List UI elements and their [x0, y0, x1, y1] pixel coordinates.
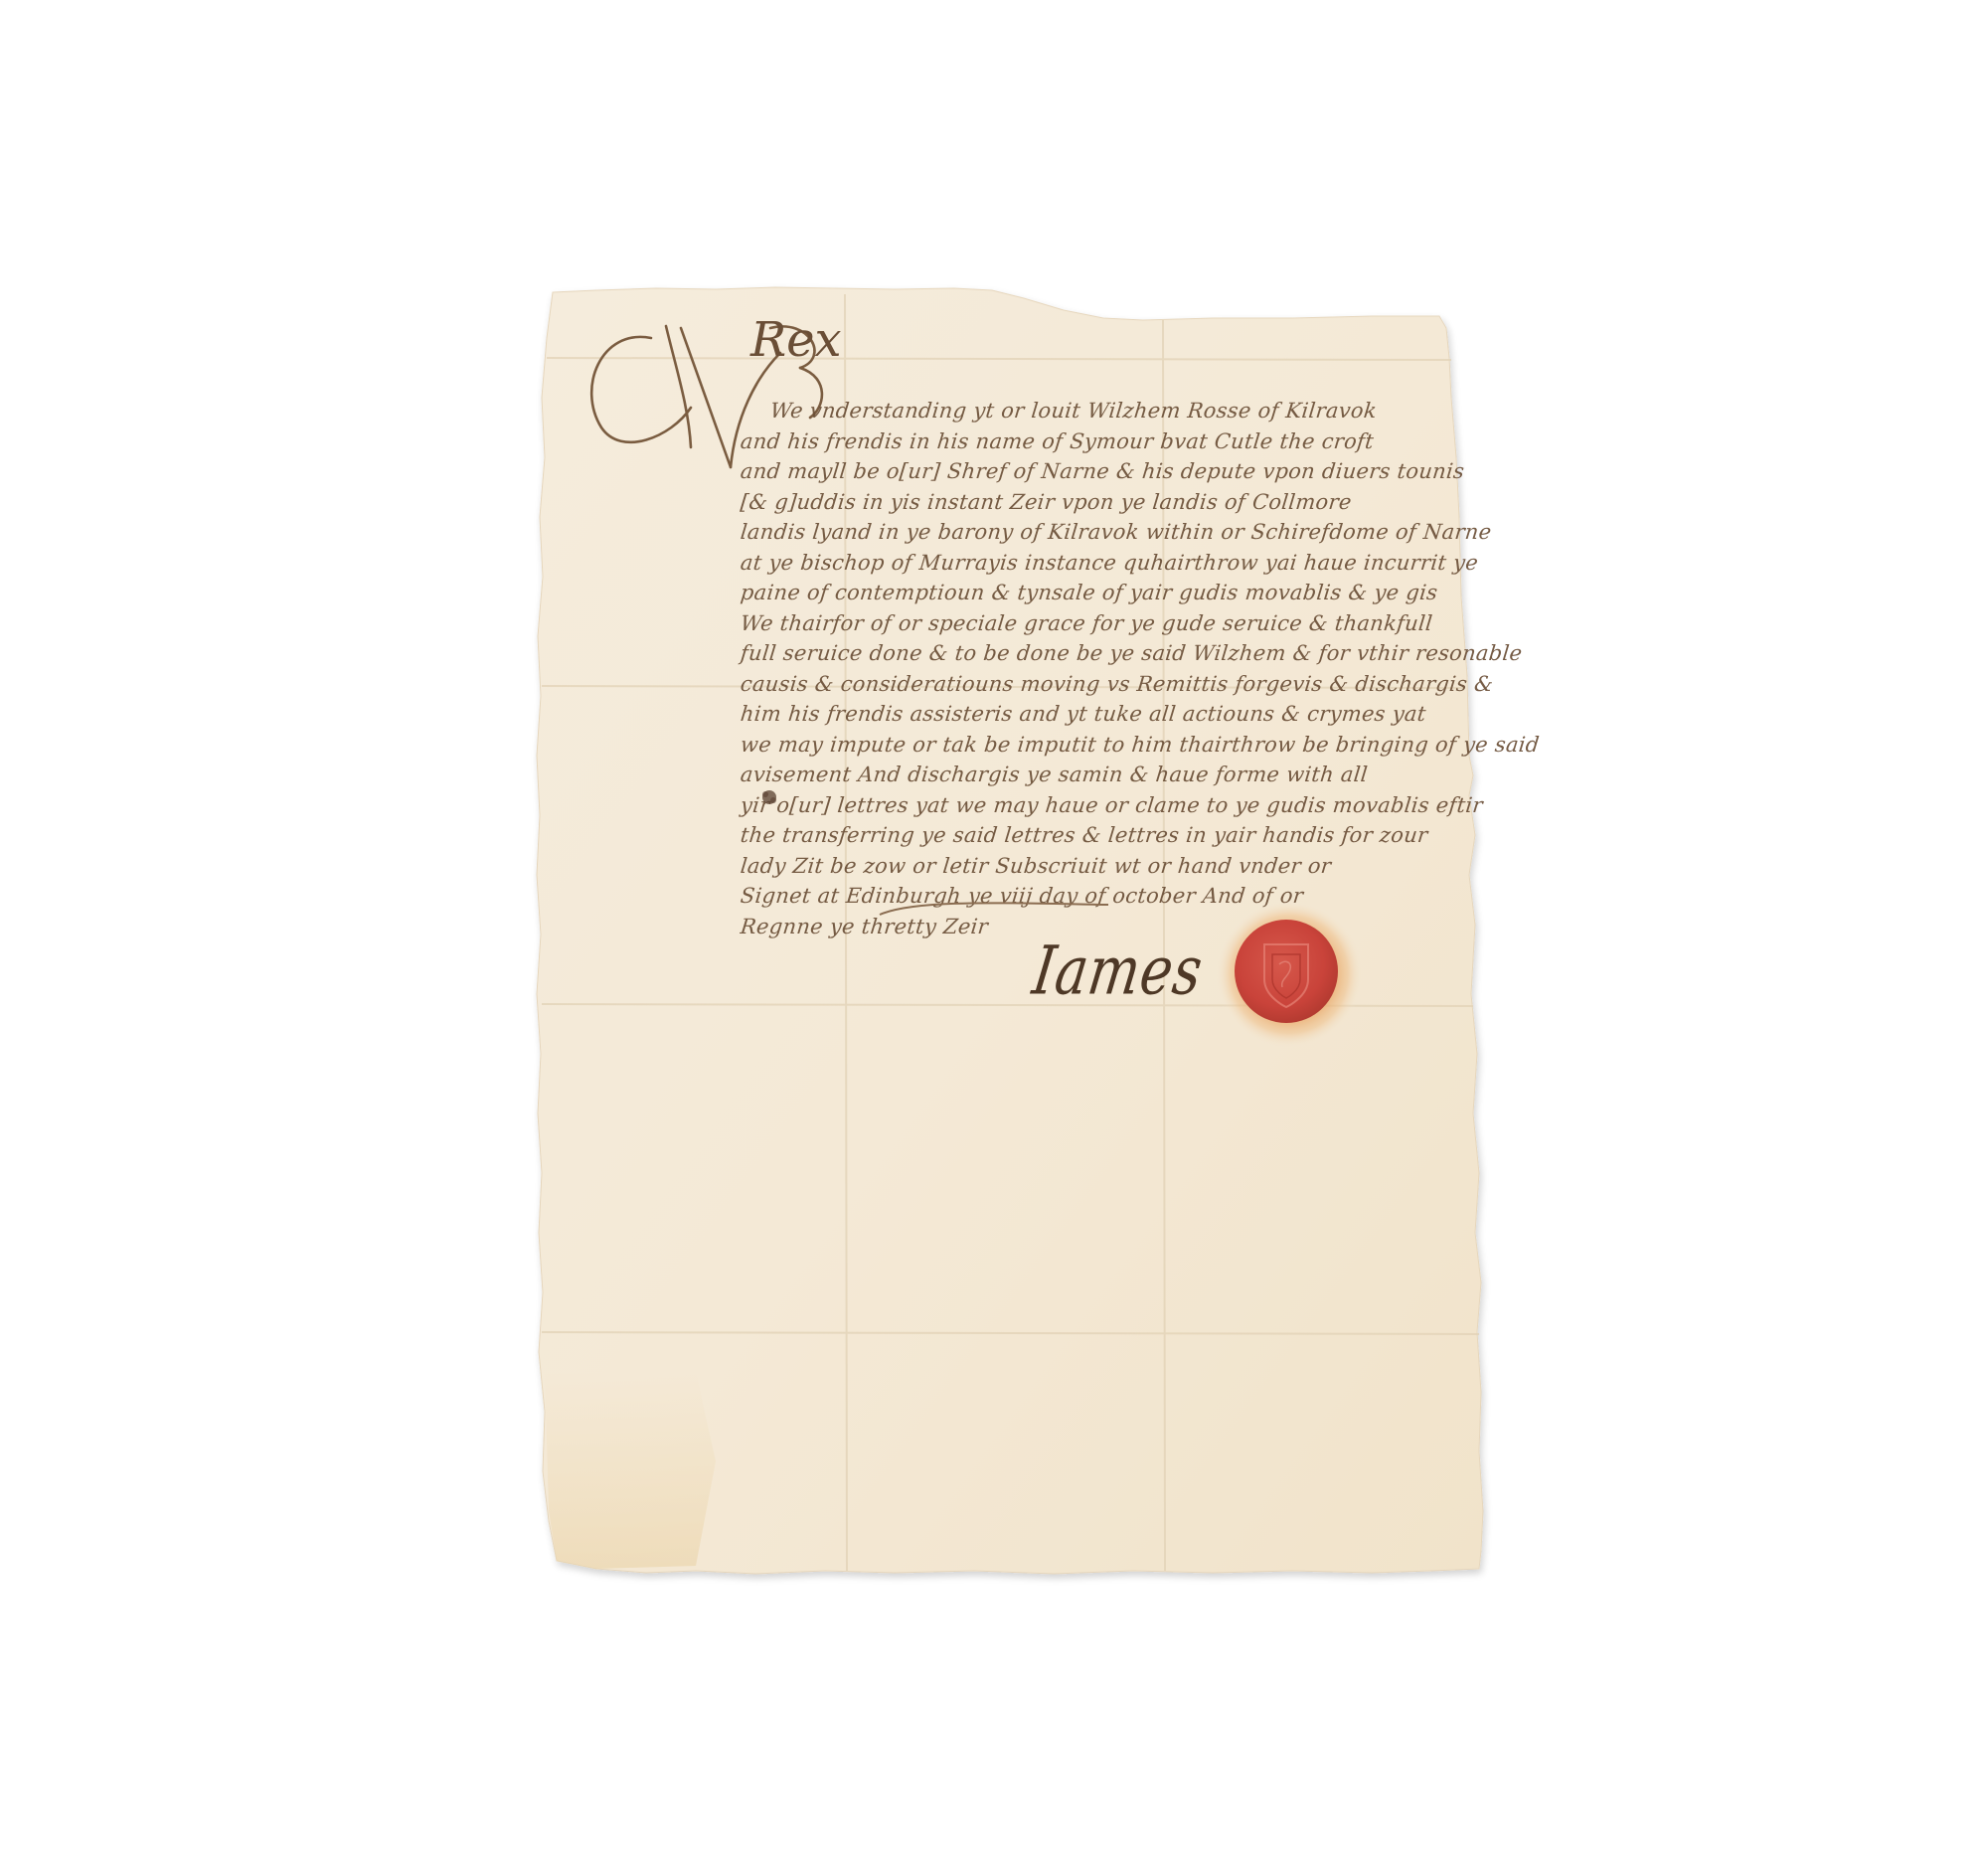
letter-line: We vnderstanding yt or louit Wilzhem Ros…: [768, 396, 1477, 426]
letter-line: [& g]uddis in yis instant Zeir vpon ye l…: [739, 487, 1477, 518]
line-end-flourish-icon: [875, 895, 1113, 925]
ink-blot-icon: [757, 785, 781, 809]
letter-line: yir o[ur] lettres yat we may haue or cla…: [739, 790, 1477, 821]
letter-line: paine of contemptioun & tynsale of yair …: [739, 578, 1477, 608]
letter-body: We vnderstanding yt or louit Wilzhem Ros…: [741, 396, 1476, 941]
letter-line: we may impute or tak be imputit to him t…: [739, 730, 1477, 761]
photo-stage: Rex We vnderstanding yt or louit Wilzhem…: [0, 0, 1988, 1869]
letter-line: full seruice done & to be done be ye sai…: [739, 638, 1477, 669]
letter-line: causis & consideratiouns moving vs Remit…: [739, 669, 1477, 700]
wax-seal-icon: [1215, 900, 1364, 1049]
letter-line: and mayll be o[ur] Shref of Narne & his …: [739, 456, 1477, 487]
letter-line: landis lyand in ye barony of Kilravok wi…: [739, 517, 1477, 548]
letter-line: We thairfor of or speciale grace for ye …: [739, 608, 1477, 639]
letter-line: lady Zit be zow or letir Subscriuit wt o…: [739, 851, 1477, 882]
letter-line: him his frendis assisteris and yt tuke a…: [739, 699, 1477, 730]
letter-line: the transferring ye said lettres & lettr…: [739, 820, 1477, 851]
letter-line: and his frendis in his name of Symour bv…: [739, 426, 1477, 457]
letter-line: avisement And dischargis ye samin & haue…: [739, 760, 1477, 790]
salutation-rex: Rex: [750, 312, 842, 368]
royal-signature: Iames: [1028, 932, 1207, 1010]
letter-line: at ye bischop of Murrayis instance quhai…: [739, 548, 1477, 579]
